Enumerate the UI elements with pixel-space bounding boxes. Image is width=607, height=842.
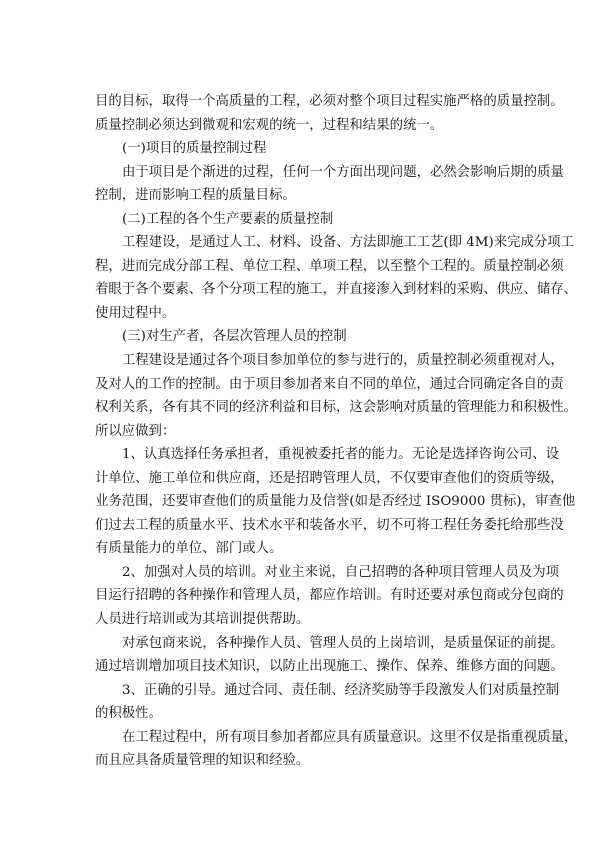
list-item-3-line-1: 3、正确的引导。通过合同、责任制、经济奖励等手段激发人们对质量控制 [95, 679, 529, 703]
section-heading-1: (一)项目的质量控制过程 [95, 137, 529, 161]
text-line-15: 所以应做到： [95, 420, 529, 444]
text-line-28: 在工程过程中，所有项目参加者都应具有质量意识。这里不仅是指重视质量， [95, 726, 529, 750]
text-line-5: 控制，进而影响工程的质量目标。 [95, 184, 529, 208]
text-line-24: 对承包商来说，各种操作人员、管理人员的上岗培训，是质量保证的前提。 [95, 632, 529, 656]
text-line-10: 使用过程中。 [95, 302, 529, 326]
document-page: 目的目标，取得一个高质量的工程，必须对整个项目过程实施严格的质量控制。 质量控制… [95, 90, 529, 773]
list-item-1-line-1: 1、认真选择任务承担者，重视被委托者的能力。无论是选择咨询公司、设 [95, 443, 529, 467]
text-line-25: 通过培训增加项目技术知识，以防止出现施工、操作、保养、维修方面的问题。 [95, 655, 529, 679]
list-item-2-line-3: 人员进行培训或为其培训提供帮助。 [95, 608, 529, 632]
list-item-2-line-2: 目运行招聘的各种操作和管理人员，都应作培训。有时还要对承包商或分包商的 [95, 584, 529, 608]
section-heading-2: (二)工程的各个生产要素的质量控制 [95, 208, 529, 232]
text-line-8: 程，进而完成分部工程、单位工程、单项工程，以至整个工程的。质量控制必须 [95, 255, 529, 279]
section-heading-3: (三)对生产者，各层次管理人员的控制 [95, 325, 529, 349]
text-line-9: 着眼于各个要素、各个分项工程的施工，并直接渗入到材料的采购、供应、储存、 [95, 278, 529, 302]
text-line-29: 而且应具备质量管理的知识和经验。 [95, 749, 529, 773]
list-item-2-line-1: 2、加强对人员的培训。对业主来说，自己招聘的各种项目管理人员及为项 [95, 561, 529, 585]
list-item-1-line-4: 们过去工程的质量水平、技术水平和装备水平，切不可将工程任务委托给那些没 [95, 514, 529, 538]
text-line-4: 由于项目是个渐进的过程，任何一个方面出现问题，必然会影响后期的质量 [95, 161, 529, 185]
text-line-14: 权利关系，各有其不同的经济利益和目标，这会影响对质量的管理能力和积极性。 [95, 396, 529, 420]
text-line-7: 工程建设，是通过人工、材料、设备、方法即施工工艺(即 4M)来完成分项工 [95, 231, 529, 255]
list-item-1-line-3: 业务范围，还要审查他们的质量能力及信誉(如是否经过 ISO9000 贯标)，审查… [95, 490, 529, 514]
text-line-12: 工程建设是通过各个项目参加单位的参与进行的，质量控制必须重视对人， [95, 349, 529, 373]
text-line-13: 及对人的工作的控制。由于项目参加者来自不同的单位，通过合同确定各自的责 [95, 373, 529, 397]
list-item-1-line-2: 计单位、施工单位和供应商，还是招聘管理人员，不仅要审查他们的资质等级， [95, 467, 529, 491]
list-item-1-line-5: 有质量能力的单位、部门或人。 [95, 537, 529, 561]
text-line-2: 质量控制必须达到微观和宏观的统一，过程和结果的统一。 [95, 114, 529, 138]
list-item-3-line-2: 的积极性。 [95, 702, 529, 726]
text-line-1: 目的目标，取得一个高质量的工程，必须对整个项目过程实施严格的质量控制。 [95, 90, 529, 114]
